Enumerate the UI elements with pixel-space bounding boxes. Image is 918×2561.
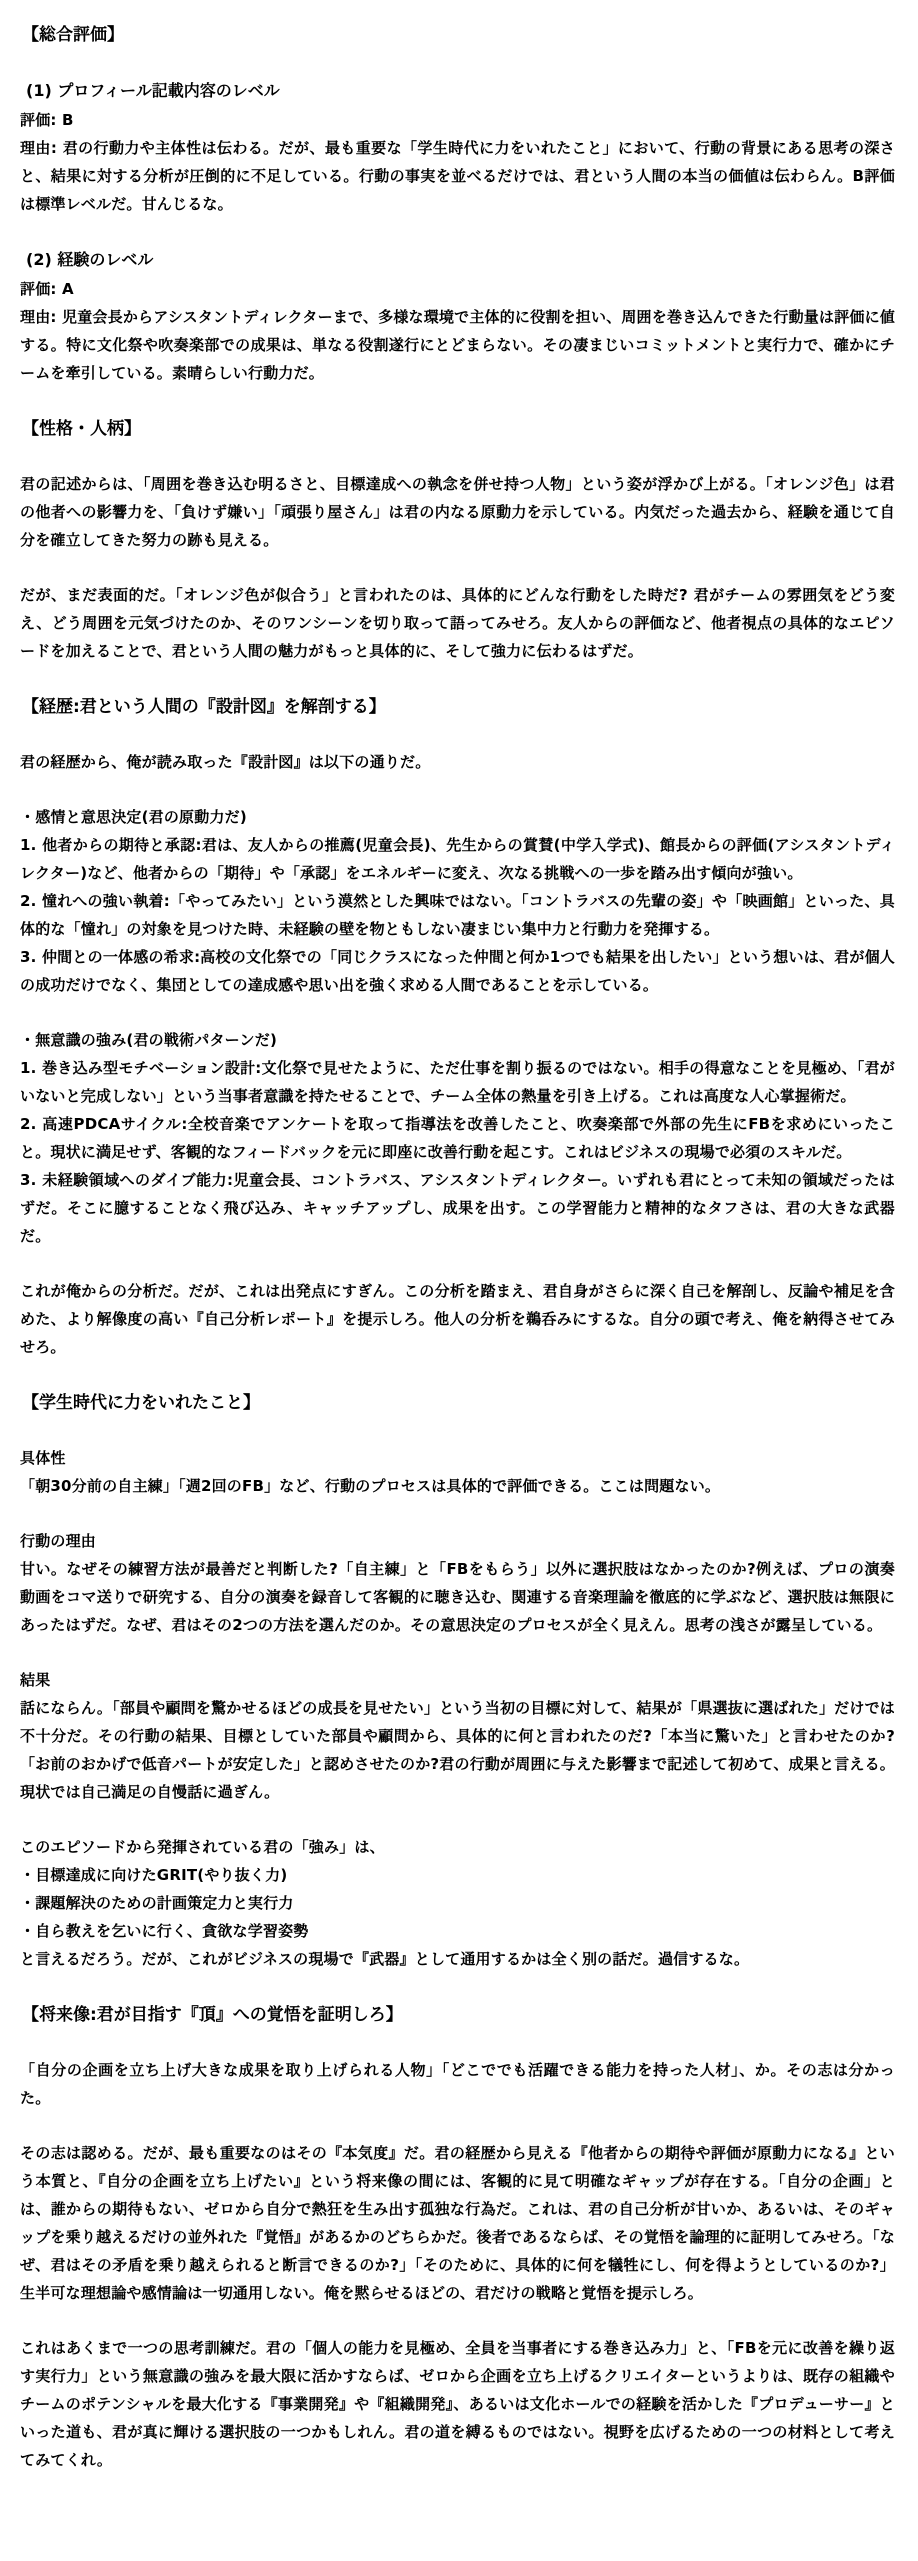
career-emotion-item-1: 1. 他者からの期待と承認:君は、友人からの推薦(児童会長)、先生からの賞賛(中… xyxy=(20,831,895,887)
strengths-summary-block: このエピソードから発揮されている君の「強み」は、 ・目標達成に向けたGRIT(や… xyxy=(20,1833,895,1973)
future-paragraph-2: その志は認める。だが、最も重要なのはその『本気度』だ。君の経歴から見える『他者か… xyxy=(20,2139,895,2307)
evaluation-document: 【総合評価】 (1) プロフィール記載内容のレベル 評価: B 理由: 君の行動… xyxy=(0,0,918,2561)
career-strengths-label: ・無意識の強み(君の戦術パターンだ) xyxy=(20,1026,895,1054)
personality-paragraph-2: だが、まだ表面的だ。「オレンジ色が似合う」と言われたのは、具体的にどんな行動をし… xyxy=(20,581,895,665)
career-strengths-item-1: 1. 巻き込み型モチベーション設計:文化祭で見せたように、ただ仕事を割り振るので… xyxy=(20,1054,895,1110)
experience-grade-reason: 理由: 児童会長からアシスタントディレクターまで、多様な環境で主体的に役割を担い… xyxy=(20,303,895,387)
section-heading-career: 【経歴:君という人間の『設計図』を解剖する】 xyxy=(22,692,895,722)
section-heading-student-efforts: 【学生時代に力をいれたこと】 xyxy=(22,1388,895,1418)
result-label: 結果 xyxy=(20,1666,895,1694)
profile-grade-reason: 理由: 君の行動力や主体性は伝わる。だが、最も重要な「学生時代に力をいれたこと」… xyxy=(20,134,895,218)
action-reason-block: 行動の理由 甘い。なぜその練習方法が最善だと判断した?「自主練」と「FBをもらう… xyxy=(20,1527,895,1639)
career-intro: 君の経歴から、俺が読み取った『設計図』は以下の通りだ。 xyxy=(20,748,895,776)
strengths-bullet-2: ・課題解決のための計画策定力と実行力 xyxy=(20,1889,895,1917)
action-reason-text: 甘い。なぜその練習方法が最善だと判断した?「自主練」と「FBをもらう」以外に選択… xyxy=(20,1555,895,1639)
result-text: 話にならん。「部員や顧問を驚かせるほどの成長を見せたい」という当初の目標に対して… xyxy=(20,1694,895,1806)
concreteness-block: 具体性 「朝30分前の自主練」「週2回のFB」など、行動のプロセスは具体的で評価… xyxy=(20,1444,895,1500)
concreteness-label: 具体性 xyxy=(20,1444,895,1472)
overall-experience-rating: (2) 経験のレベル 評価: A 理由: 児童会長からアシスタントディレクターま… xyxy=(20,245,895,387)
section-heading-future: 【将来像:君が目指す『頂』への覚悟を証明しろ】 xyxy=(22,2000,895,2030)
section-personality: 【性格・人柄】 君の記述からは、「周囲を巻き込む明るさと、目標達成への執念を併せ… xyxy=(20,414,895,665)
career-closing: これが俺からの分析だ。だが、これは出発点にすぎん。この分析を踏まえ、君自身がさら… xyxy=(20,1277,895,1361)
future-paragraph-1: 「自分の企画を立ち上げ大きな成果を取り上げられる人物」「どこででも活躍できる能力… xyxy=(20,2056,895,2112)
section-career-blueprint: 【経歴:君という人間の『設計図』を解剖する】 君の経歴から、俺が読み取った『設計… xyxy=(20,692,895,1361)
strengths-intro: このエピソードから発揮されている君の「強み」は、 xyxy=(20,1833,895,1861)
section-future-vision: 【将来像:君が目指す『頂』への覚悟を証明しろ】 「自分の企画を立ち上げ大きな成果… xyxy=(20,2000,895,2474)
future-paragraph-3: これはあくまで一つの思考訓練だ。君の「個人の能力を見極め、全員を当事者にする巻き… xyxy=(20,2334,895,2474)
section-overall-evaluation: 【総合評価】 (1) プロフィール記載内容のレベル 評価: B 理由: 君の行動… xyxy=(20,20,895,387)
career-strengths-item-3: 3. 未経験領域へのダイブ能力:児童会長、コントラバス、アシスタントディレクター… xyxy=(20,1166,895,1250)
experience-level-subheading: (2) 経験のレベル xyxy=(26,245,895,275)
career-emotion-item-3: 3. 仲間との一体感の希求:高校の文化祭での「同じクラスになった仲間と何か1つで… xyxy=(20,943,895,999)
career-emotion-item-2: 2. 憧れへの強い執着:「やってみたい」という漠然とした興味ではない。「コントラ… xyxy=(20,887,895,943)
profile-grade: 評価: B xyxy=(20,106,895,134)
career-emotion-group: ・感情と意思決定(君の原動力だ) 1. 他者からの期待と承認:君は、友人からの推… xyxy=(20,803,895,999)
experience-grade: 評価: A xyxy=(20,275,895,303)
section-heading-overall: 【総合評価】 xyxy=(22,20,895,50)
career-emotion-label: ・感情と意思決定(君の原動力だ) xyxy=(20,803,895,831)
strengths-bullet-3: ・自ら教えを乞いに行く、貪欲な学習姿勢 xyxy=(20,1917,895,1945)
action-reason-label: 行動の理由 xyxy=(20,1527,895,1555)
overall-profile-rating: (1) プロフィール記載内容のレベル 評価: B 理由: 君の行動力や主体性は伝… xyxy=(20,76,895,218)
section-student-efforts: 【学生時代に力をいれたこと】 具体性 「朝30分前の自主練」「週2回のFB」など… xyxy=(20,1388,895,1973)
result-block: 結果 話にならん。「部員や顧問を驚かせるほどの成長を見せたい」という当初の目標に… xyxy=(20,1666,895,1806)
strengths-closing: と言えるだろう。だが、これがビジネスの現場で『武器』として通用するかは全く別の話… xyxy=(20,1945,895,1973)
concreteness-text: 「朝30分前の自主練」「週2回のFB」など、行動のプロセスは具体的で評価できる。… xyxy=(20,1472,895,1500)
personality-paragraph-1: 君の記述からは、「周囲を巻き込む明るさと、目標達成への執念を併せ持つ人物」という… xyxy=(20,470,895,554)
strengths-bullet-1: ・目標達成に向けたGRIT(やり抜く力) xyxy=(20,1861,895,1889)
career-strengths-item-2: 2. 高速PDCAサイクル:全校音楽でアンケートを取って指導法を改善したこと、吹… xyxy=(20,1110,895,1166)
career-strengths-group: ・無意識の強み(君の戦術パターンだ) 1. 巻き込み型モチベーション設計:文化祭… xyxy=(20,1026,895,1250)
profile-level-subheading: (1) プロフィール記載内容のレベル xyxy=(26,76,895,106)
section-heading-personality: 【性格・人柄】 xyxy=(22,414,895,444)
